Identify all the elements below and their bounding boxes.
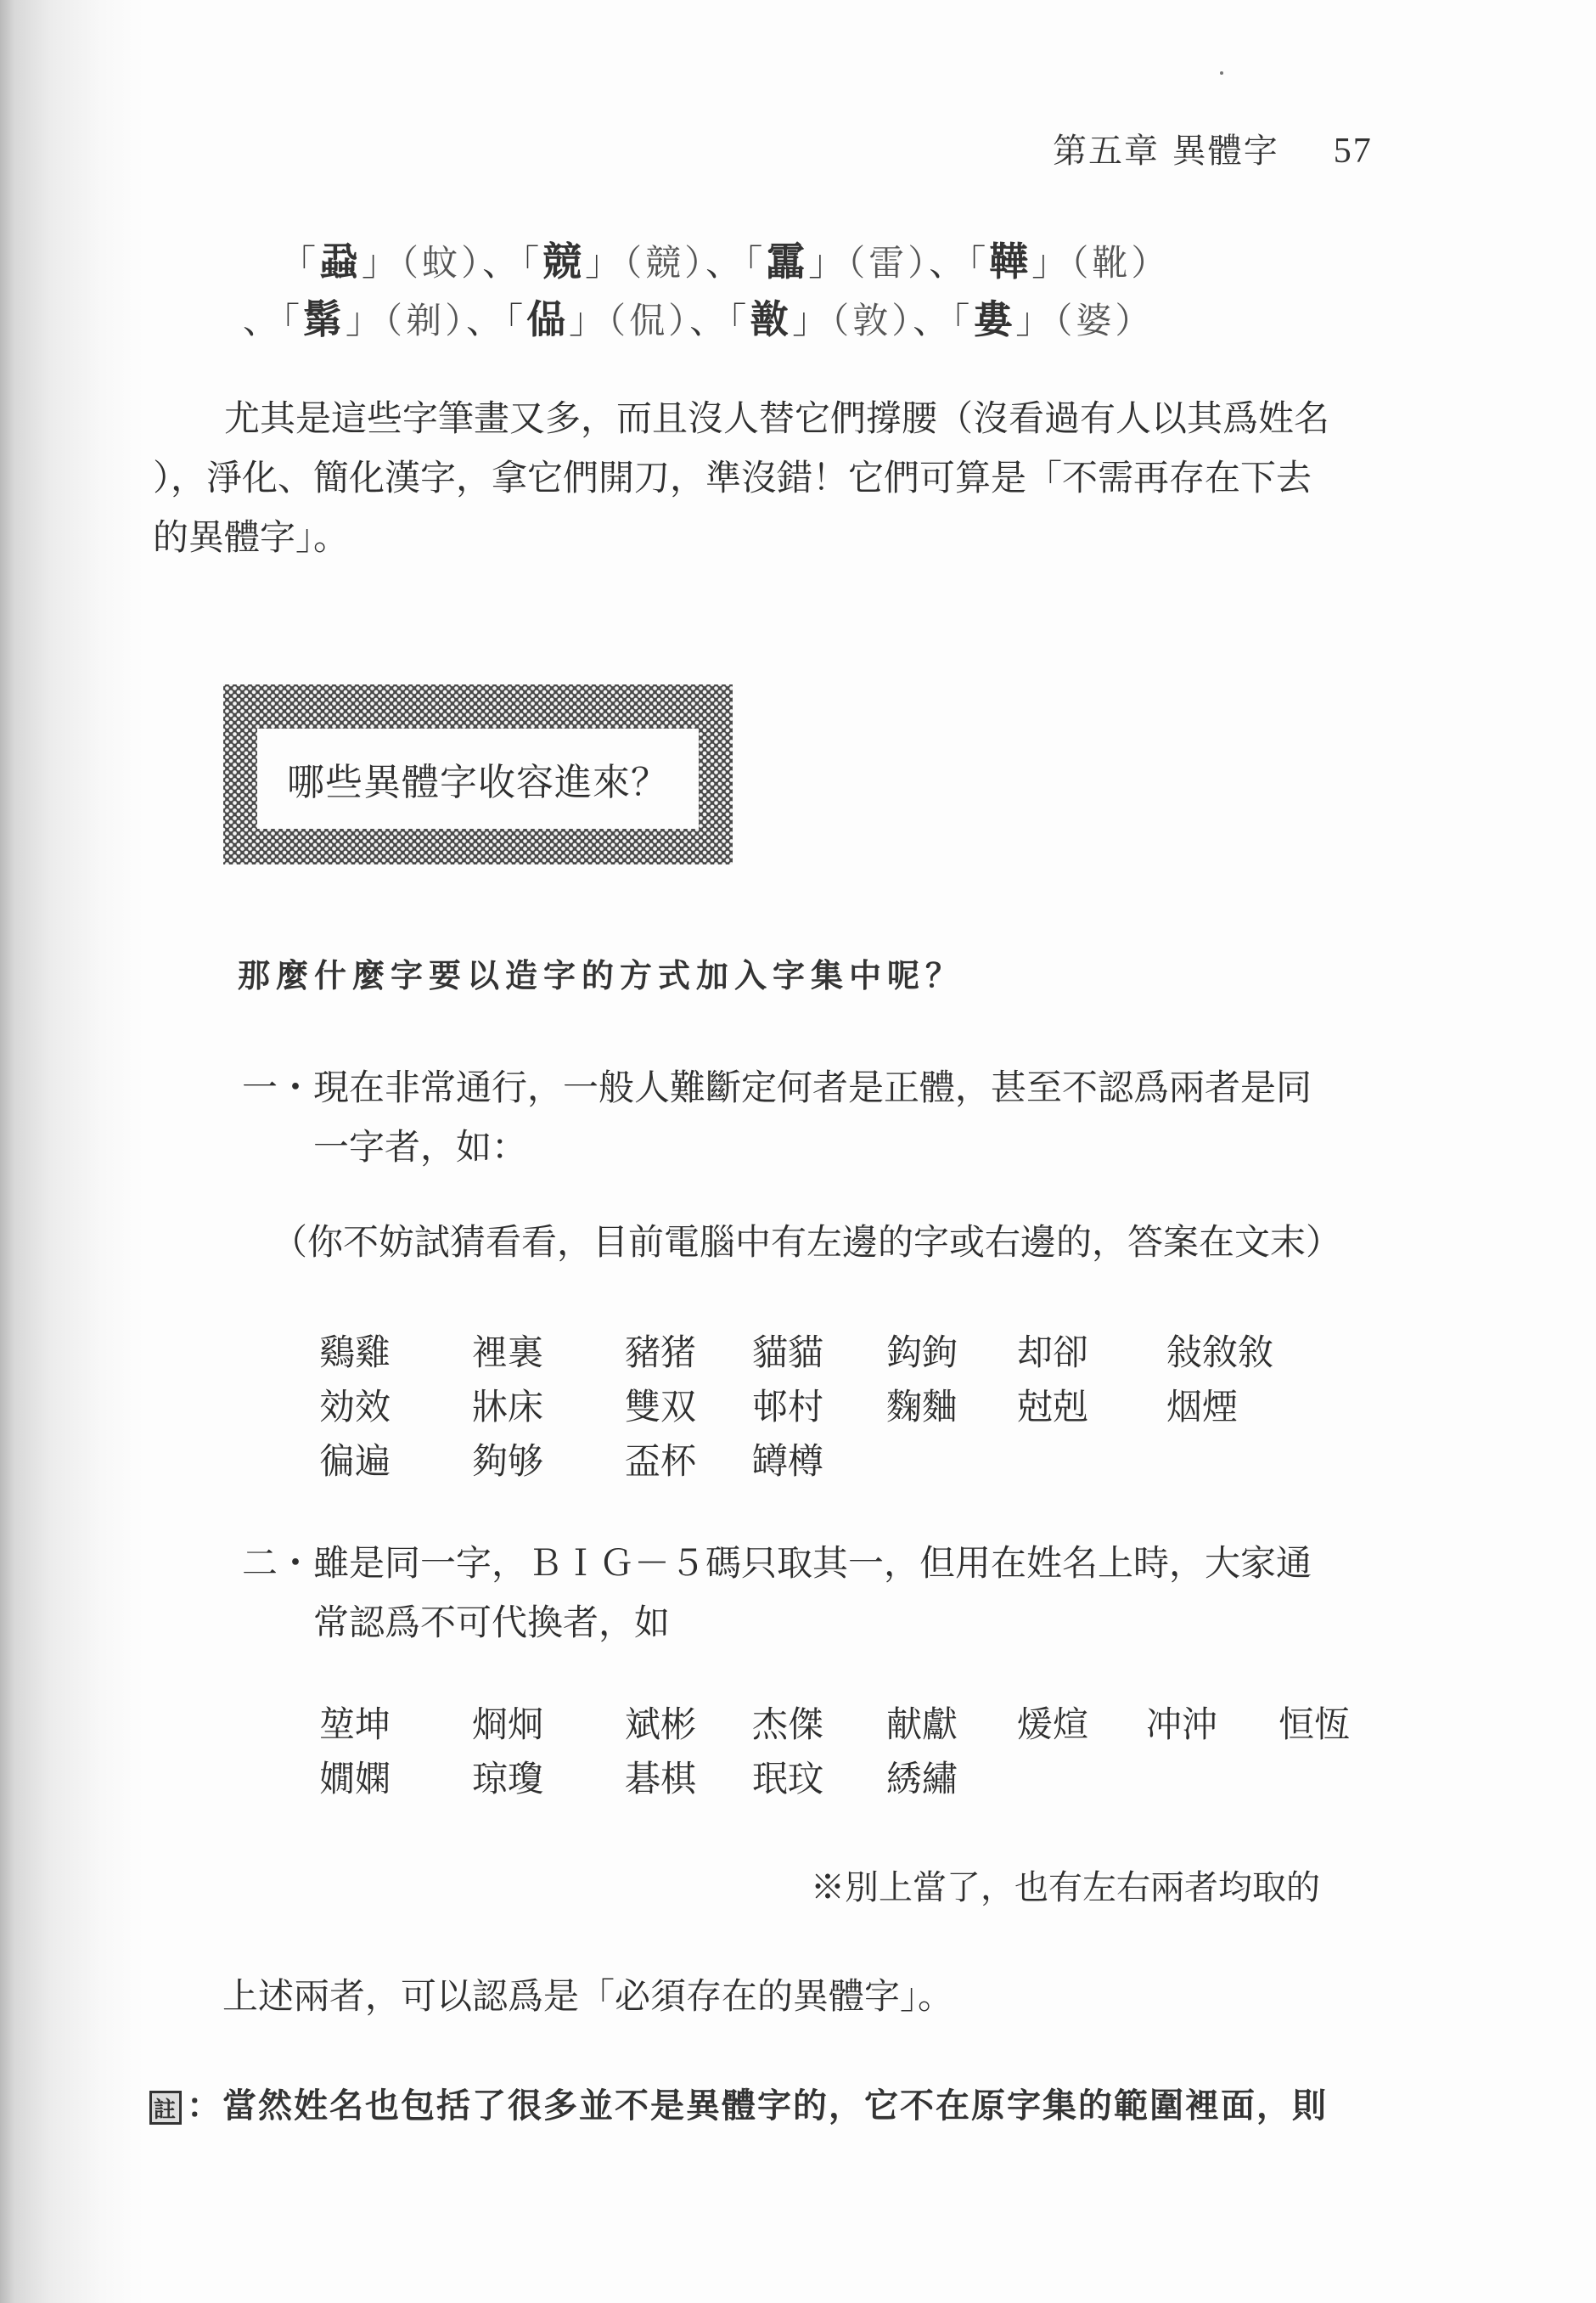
- grid-cell: 裡裏: [472, 1325, 543, 1376]
- variant-pair: 「婁」（婆）: [952, 300, 1154, 341]
- grid-cell: 献獻: [886, 1697, 958, 1748]
- grid-cell: 斌彬: [625, 1697, 696, 1748]
- variant-pair: 「鬀」（剃）、: [282, 300, 505, 341]
- variant-pair: 「靁」（雷）、: [745, 242, 968, 284]
- grid-cell: 冲沖: [1146, 1697, 1217, 1748]
- grid-cell: 敍敘敘: [1166, 1325, 1273, 1376]
- variant-pair: 「鞾」（靴）: [968, 242, 1170, 284]
- list-item-1: 一・現在非常通行，一般人難斷定何者是正體，甚至不認爲兩者是同 一字者，如：: [242, 1058, 1312, 1177]
- grid-cell: 烟煙: [1166, 1379, 1238, 1430]
- grid-cell: 雙双: [625, 1379, 696, 1430]
- grid-cell: 煖煊: [1017, 1697, 1088, 1748]
- scan-speck: [1220, 71, 1223, 75]
- paragraph-variants-unneeded: 尤其是這些字筆畫又多，而且沒人替它們撐腰（沒看過有人以其爲姓名 ），淨化、簡化漢…: [153, 389, 1329, 567]
- list-marker: 一・: [242, 1067, 313, 1108]
- variant-pair: 「競」（競）、: [521, 242, 745, 284]
- footnote-text: ：當然姓名也包括了很多並不是異體字的，它不在原字集的範圍裡面，則: [187, 2086, 1328, 2126]
- grid-cell: 麴麯: [886, 1379, 958, 1430]
- grid-cell: 却卻: [1017, 1325, 1088, 1376]
- list-item-2: 二・雖是同一字，ＢＩＧ－５碼只取其一，但用在姓名上時，大家通 常認爲不可代換者，…: [242, 1534, 1312, 1653]
- grid-cell: 牀床: [472, 1379, 543, 1430]
- grid-cell: 堃坤: [319, 1697, 391, 1748]
- grid-cell: 碁棋: [625, 1751, 696, 1802]
- grid-cell: 徧遍: [319, 1433, 391, 1484]
- variant-list-line-2: 、「鬀」（剃）、「偘」（侃）、「敾」（敦）、「婁」（婆）: [243, 289, 1154, 345]
- grid-cell: 杰傑: [752, 1697, 823, 1748]
- chapter-title: 第五章 異體字: [1053, 132, 1279, 171]
- grid-cell: 夠够: [472, 1433, 543, 1484]
- grid-cell: 盃杯: [625, 1433, 696, 1484]
- grid-cell: 邨村: [752, 1379, 823, 1430]
- caution-note: ※別上當了，也有左右兩者均取的: [811, 1858, 1320, 1917]
- variant-list-line-1: 「蝨」（蚊）、「競」（競）、「靁」（雷）、「鞾」（靴）: [280, 231, 1170, 287]
- grid-cell: 尅剋: [1017, 1379, 1088, 1430]
- section-heading-box: 哪些異體字收容進來？: [223, 684, 733, 864]
- grid-cell: 罇樽: [752, 1433, 823, 1484]
- grid-cell: 綉繡: [886, 1751, 958, 1802]
- conclusion: 上述兩者，可以認爲是「必須存在的異體字」。: [222, 1967, 953, 2026]
- list-marker: 二・: [242, 1542, 313, 1584]
- variant-pair: 「蝨」（蚊）、: [280, 242, 521, 284]
- subheading: 那麼什麼字要以造字的方式加入字集中呢？: [238, 949, 964, 996]
- grid-cell: 貓貓: [752, 1325, 823, 1376]
- grid-cell: 鈎鉤: [886, 1325, 958, 1376]
- grid-cell: 鷄雞: [319, 1325, 391, 1376]
- grid-cell: 効效: [319, 1379, 391, 1430]
- section-heading: 哪些異體字收容進來？: [257, 729, 699, 829]
- variant-pair: 「敾」（敦）、: [728, 300, 952, 341]
- running-header: 第五章 異體字57: [1053, 124, 1373, 172]
- grid-cell: 恒恆: [1278, 1697, 1350, 1748]
- note-mark-icon: 註: [149, 2091, 182, 2125]
- footnote: 註：當然姓名也包括了很多並不是異體字的，它不在原字集的範圍裡面，則: [149, 2079, 1328, 2127]
- variant-pair: 「偘」（侃）、: [505, 300, 728, 341]
- grid-cell: 豬猪: [625, 1325, 696, 1376]
- grid-cell: 琼瓊: [472, 1751, 543, 1802]
- page-number: 57: [1334, 132, 1373, 171]
- hint-note: （你不妨試猜看看，目前電腦中有左邊的字或右邊的，答案在文末）: [272, 1213, 1341, 1272]
- grid-cell: 珉玟: [752, 1751, 823, 1802]
- page-gutter-shadow: [0, 0, 144, 2303]
- grid-cell: 嫺嫻: [319, 1751, 391, 1802]
- grid-cell: 烱炯: [472, 1697, 543, 1748]
